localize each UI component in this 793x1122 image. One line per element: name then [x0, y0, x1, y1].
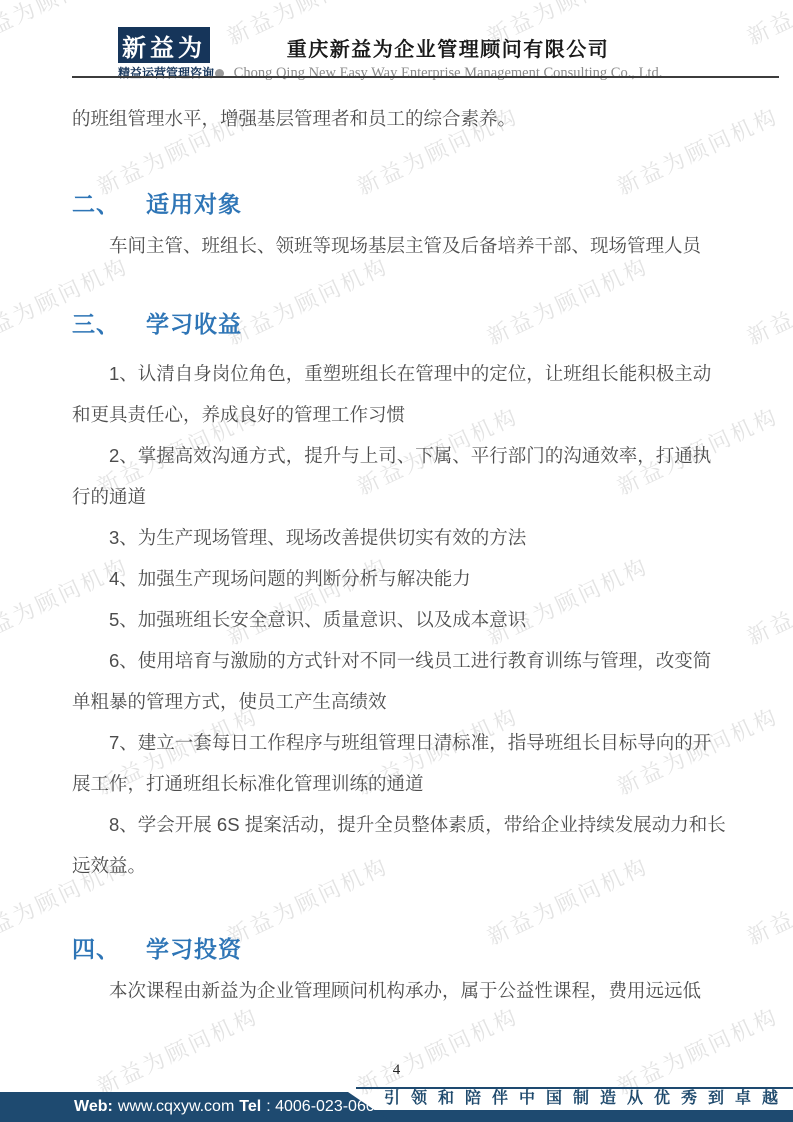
watermark-text: 新益为顾问机构	[0, 699, 3, 801]
section-heading: 二、适用对象	[72, 184, 724, 225]
paragraph: 车间主管、班组长、领班等现场基层主管及后备培养干部、现场管理人员	[72, 225, 724, 266]
watermark-text: 新益为顾问机构	[0, 99, 3, 201]
paragraph-line: 本次课程由新益为企业管理顾问机构承办，属于公益性课程，费用远远低	[72, 970, 724, 1011]
watermark-text: 新益为顾问机构	[742, 249, 793, 351]
paragraph-line: 3、为生产现场管理、现场改善提供切实有效的方法	[72, 517, 724, 558]
company-name-cn: 重庆新益为企业管理顾问有限公司	[223, 33, 673, 62]
section: 二、适用对象车间主管、班组长、领班等现场基层主管及后备培养干部、现场管理人员	[72, 184, 724, 266]
section-heading: 三、学习收益	[72, 304, 724, 345]
paragraph: 8、学会开展 6S 提案活动，提升全员整体素质，带给企业持续发展动力和长远效益。	[72, 804, 724, 886]
logo-subtitle: 精益运营管理咨询	[118, 64, 212, 81]
footer-bottom-strip	[366, 1110, 793, 1122]
paragraph-line: 远效益。	[72, 845, 724, 886]
web-label: Web:	[74, 1098, 113, 1115]
page-number: 4	[0, 1062, 793, 1079]
paragraph-line: 5、加强班组长安全意识、质量意识、以及成本意识	[72, 599, 724, 640]
watermark-text: 新益为顾问机构	[92, 999, 264, 1101]
watermark-text: 新益为顾问机构	[742, 849, 793, 951]
paragraph: 6、使用培育与激励的方式针对不同一线员工进行教育训练与管理，改变简单粗暴的管理方…	[72, 640, 724, 722]
watermark-text: 新益为顾问机构	[0, 399, 3, 501]
paragraph-line: 1、认清自身岗位角色，重塑班组长在管理中的定位，让班组长能积极主动	[72, 353, 724, 394]
watermark-text: 新益为顾问机构	[0, 999, 3, 1101]
paragraph: 7、建立一套每日工作程序与班组管理日清标准，指导班组长目标导向的开展工作，打通班…	[72, 722, 724, 804]
document-body: 的班组管理水平，增强基层管理者和员工的综合素养。二、适用对象车间主管、班组长、领…	[72, 98, 724, 1011]
paragraph-line: 行的通道	[72, 476, 724, 517]
section-title: 适用对象	[146, 191, 242, 217]
section-number: 二、	[72, 191, 120, 217]
footer-slogan: 引领和陪伴中国制造从优秀到卓越	[384, 1087, 789, 1110]
paragraph: 5、加强班组长安全意识、质量意识、以及成本意识	[72, 599, 724, 640]
section-number: 三、	[72, 311, 120, 337]
watermark-text: 新益为顾问机构	[742, 0, 793, 52]
paragraph-line: 和更具责任心，养成良好的管理工作习惯	[72, 394, 724, 435]
paragraph-line: 8、学会开展 6S 提案活动，提升全员整体素质，带给企业持续发展动力和长	[72, 804, 724, 845]
paragraph: 4、加强生产现场问题的判断分析与解决能力	[72, 558, 724, 599]
section-heading: 四、学习投资	[72, 929, 724, 970]
section: 三、学习收益1、认清自身岗位角色，重塑班组长在管理中的定位，让班组长能积极主动和…	[72, 304, 724, 886]
section-number: 四、	[72, 936, 120, 962]
paragraph-line: 6、使用培育与激励的方式针对不同一线员工进行教育训练与管理，改变简	[72, 640, 724, 681]
paragraph-line: 2、掌握高效沟通方式，提升与上司、下属、平行部门的沟通效率，打通执	[72, 435, 724, 476]
paragraph: 2、掌握高效沟通方式，提升与上司、下属、平行部门的沟通效率，打通执行的通道	[72, 435, 724, 517]
paragraph-line: 车间主管、班组长、领班等现场基层主管及后备培养干部、现场管理人员	[72, 225, 724, 266]
paragraph-line: 的班组管理水平，增强基层管理者和员工的综合素养。	[72, 98, 724, 139]
section: 四、学习投资本次课程由新益为企业管理顾问机构承办，属于公益性课程，费用远远低	[72, 929, 724, 1011]
company-name-en: Chong Qing New Easy Way Enterprise Manag…	[223, 65, 673, 82]
tel-label: Tel	[239, 1098, 261, 1115]
paragraph-line: 展工作，打通班组长标准化管理训练的通道	[72, 763, 724, 804]
paragraph: 本次课程由新益为企业管理顾问机构承办，属于公益性课程，费用远远低	[72, 970, 724, 1011]
footer-contact-bar: Web:www.cqxyw.comTel: 4006-023-060	[0, 1092, 392, 1122]
section-title: 学习投资	[146, 936, 242, 962]
paragraph: 1、认清自身岗位角色，重塑班组长在管理中的定位，让班组长能积极主动和更具责任心，…	[72, 353, 724, 435]
paragraph-line: 4、加强生产现场问题的判断分析与解决能力	[72, 558, 724, 599]
web-url: www.cqxyw.com	[118, 1098, 234, 1115]
logo-mark: 新益为	[118, 27, 210, 63]
paragraph-line: 7、建立一套每日工作程序与班组管理日清标准，指导班组长目标导向的开	[72, 722, 724, 763]
watermark-text: 新益为顾问机构	[742, 549, 793, 651]
paragraph: 3、为生产现场管理、现场改善提供切实有效的方法	[72, 517, 724, 558]
header-titles: 重庆新益为企业管理顾问有限公司 Chong Qing New Easy Way …	[223, 33, 673, 82]
watermark-text: 新益为顾问机构	[0, 0, 133, 52]
company-logo: 新益为 精益运营管理咨询	[118, 27, 212, 81]
tel-number: : 4006-023-060	[266, 1098, 375, 1115]
paragraph-line: 单粗暴的管理方式，使员工产生高绩效	[72, 681, 724, 722]
document-page: 新益为顾问机构新益为顾问机构新益为顾问机构新益为顾问机构新益为顾问机构新益为顾问…	[0, 0, 793, 1122]
section-title: 学习收益	[146, 311, 242, 337]
header-divider	[72, 76, 779, 78]
